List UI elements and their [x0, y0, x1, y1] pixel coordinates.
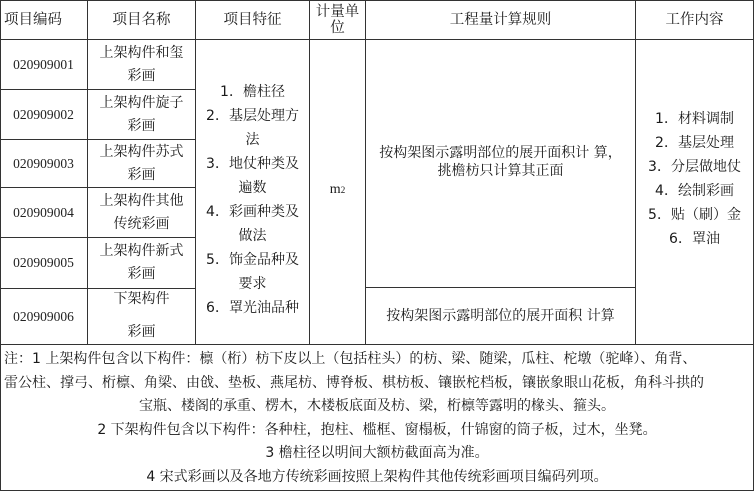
feature-2-cont: 法	[246, 128, 260, 152]
header-unit-line2: 位	[330, 20, 345, 36]
note-line-3: 宝瓶、楼阁的承重、楞木，木楼板底面及枋、梁，桁檩等露明的椽头、箍头。	[4, 395, 750, 419]
row-1-name-line1: 上架构件和玺	[100, 42, 184, 65]
feature-4: 4．彩画种类及	[206, 200, 299, 224]
row-3-code: 020909003	[0, 140, 87, 187]
feature-6: 6．罩光油品种	[206, 296, 299, 320]
row-5-name-line1: 上架构件新式	[100, 240, 184, 263]
feature-5-cont: 要求	[239, 272, 267, 296]
row-2-name-line1: 上架构件旋子	[100, 92, 184, 115]
feature-1: 1．檐柱径	[220, 80, 285, 104]
unit-base: m	[330, 180, 341, 200]
header-unit-line1: 计量单	[316, 4, 360, 20]
work-item-2: 2．基层处理	[655, 131, 734, 155]
rule-upper: 按构架图示露明部位的展开面积计 算， 挑檐枋只计算其正面	[366, 40, 635, 287]
quota-table: 项目编码 项目名称 项目特征 计量单 位 工程量计算规则 工作内容 020909…	[0, 0, 754, 491]
note-line-1: 注：1 上架构件包含以下构件：檩（桁）枋下皮以上（包括柱头）的枋、梁、随梁，瓜柱…	[4, 348, 750, 372]
row-2-name-line2: 彩画	[128, 115, 156, 138]
work-item-6: 6．罩油	[669, 227, 720, 251]
feature-5: 5．饰金品种及	[206, 248, 299, 272]
row-3-name: 上架构件苏式 彩画	[88, 140, 195, 187]
row-6-name: 下架构件 彩画	[88, 289, 195, 344]
notes-block: 注：1 上架构件包含以下构件：檩（桁）枋下皮以上（包括柱头）的枋、梁、随梁，瓜柱…	[4, 348, 750, 489]
feature-4-cont: 做法	[239, 224, 267, 248]
row-1-code: 020909001	[0, 40, 87, 89]
row-4-name-line1: 上架构件其他	[100, 190, 184, 213]
row-3-name-line2: 彩画	[128, 164, 156, 187]
header-code: 项目编码	[0, 0, 87, 39]
feature-3-cont: 遍数	[239, 176, 267, 200]
note-line-2: 雷公柱、撑弓、桁檩、角梁、由戗、垫板、燕尾枋、博脊板、棋枋板、镶嵌柁档板，镶嵌象…	[4, 372, 750, 396]
row-5-code: 020909005	[0, 238, 87, 288]
work-item-4: 4．绘制彩画	[655, 179, 734, 203]
header-unit: 计量单 位	[310, 0, 365, 39]
header-features: 项目特征	[196, 0, 309, 39]
row-5-name: 上架构件新式 彩画	[88, 238, 195, 288]
rule-upper-line1: 按构架图示露明部位的展开面积计 算，	[379, 144, 621, 162]
row-6-code: 020909006	[0, 289, 87, 344]
rule-upper-line2: 挑檐枋只计算其正面	[438, 162, 564, 180]
row-3-name-line1: 上架构件苏式	[100, 141, 184, 164]
row-1-name: 上架构件和玺 彩画	[88, 40, 195, 89]
header-work: 工作内容	[636, 0, 753, 39]
header-name: 项目名称	[88, 0, 195, 39]
row-1-name-line2: 彩画	[128, 65, 156, 88]
notes-divider	[0, 344, 754, 345]
row-4-name: 上架构件其他 传统彩画	[88, 188, 195, 237]
row-2-name: 上架构件旋子 彩画	[88, 90, 195, 139]
feature-3: 3．地仗种类及	[206, 152, 299, 176]
work-item-5: 5．贴（刷）金	[648, 203, 741, 227]
row-4-code: 020909004	[0, 188, 87, 237]
row-2-code: 020909002	[0, 90, 87, 139]
unit-cell: m2	[310, 40, 365, 344]
feature-2: 2．基层处理方	[206, 104, 299, 128]
note-line-4: 2 下架构件包含以下构件：各种柱，抱柱、槛框、窗榻板，什锦窗的筒子板，过木，坐凳…	[4, 419, 750, 443]
work-content-list: 1．材料调制 2．基层处理 3．分层做地仗 4．绘制彩画 5．贴（刷）金 6．罩…	[636, 40, 753, 344]
header-rule: 工程量计算规则	[366, 0, 635, 39]
note-line-5: 3 檐柱径以明间大额枋截面高为准。	[4, 442, 750, 466]
rule-lower: 按构架图示露明部位的展开面积 计算	[366, 288, 635, 344]
row-6-name-line2: 彩画	[128, 322, 156, 342]
row-5-name-line2: 彩画	[128, 263, 156, 286]
row-6-name-line1: 下架构件	[114, 289, 170, 309]
features-list: 1．檐柱径 2．基层处理方 法 3．地仗种类及 遍数 4．彩画种类及 做法 5．…	[196, 40, 309, 344]
work-item-3: 3．分层做地仗	[648, 155, 741, 179]
note-line-6: 4 宋式彩画以及各地方传统彩画按照上架构件其他传统彩画项目编码列项。	[4, 466, 750, 490]
row-4-name-line2: 传统彩画	[114, 213, 170, 236]
work-item-1: 1．材料调制	[655, 107, 734, 131]
